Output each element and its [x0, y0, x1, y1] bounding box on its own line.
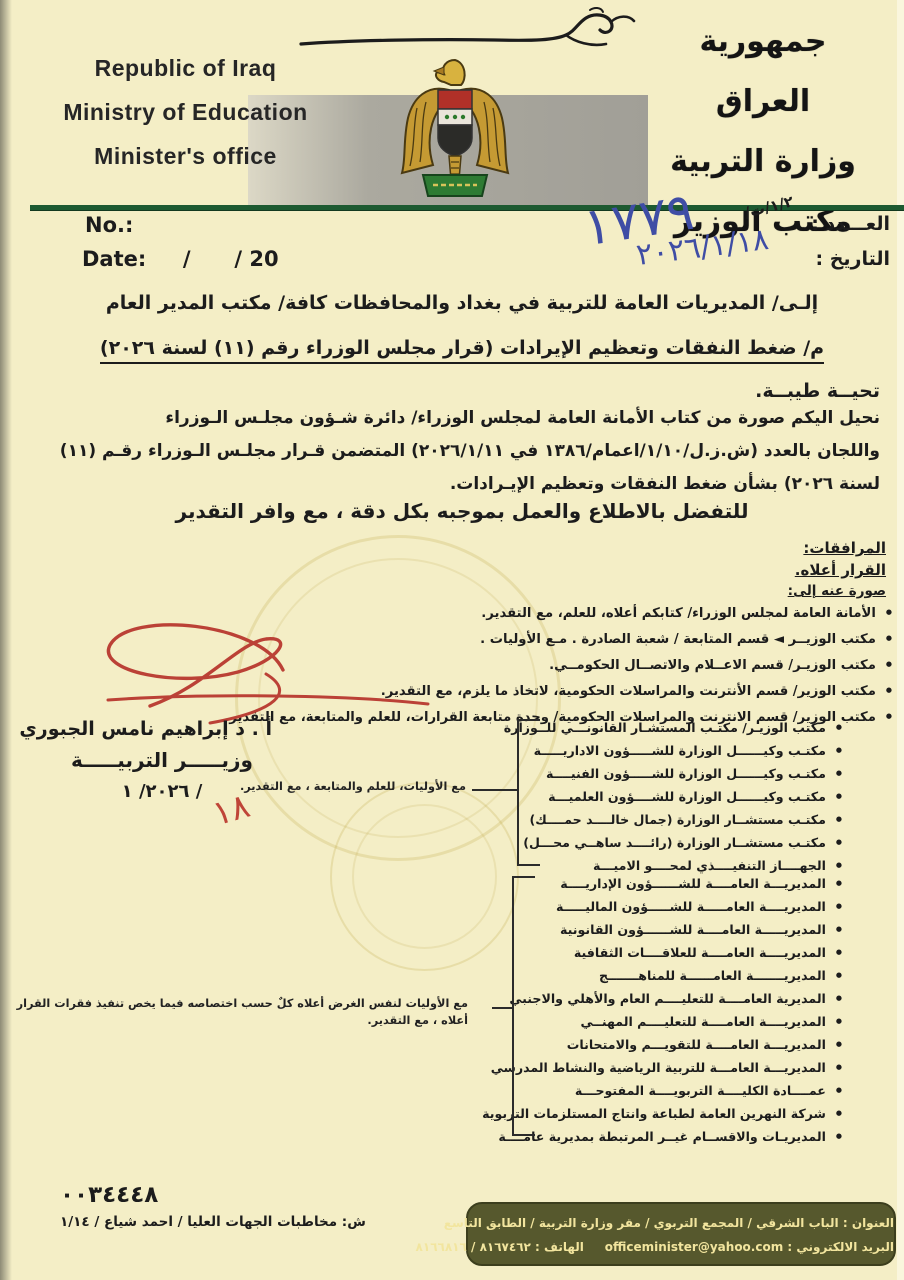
serial-number: ٠٠٣٤٤٤٨	[60, 1182, 158, 1208]
footer-contact-line: البريد الالكتروني : officeminister@yahoo…	[468, 1235, 894, 1259]
letterhead-english: Republic of IraqMinistry of EducationMin…	[38, 46, 333, 178]
clerk-note: ش: مخاطبات الجهات العليا / احمد شياع / ١…	[60, 1214, 366, 1230]
closing-line: للتفضل بالاطلاع والعمل بموجبه بكل دقة ، …	[60, 499, 864, 523]
letterhead-english-line: Republic of Iraq	[38, 46, 333, 90]
group2-note-line: أعلاه ، مع التقدير.	[17, 1012, 468, 1029]
body-paragraph-line: لسنة ٢٠٢٦) بشأن ضغط النفقات وتعظيم الإيـ…	[40, 468, 880, 501]
email-value: officeminister@yahoo.com	[605, 1240, 783, 1254]
group1-bracket	[517, 719, 540, 866]
attachments-item: القرار أعلاه.	[788, 559, 886, 581]
letterhead-english-line: Minister's office	[38, 134, 333, 178]
cc-item: مكتـب مستشــار الوزارة (رائــــد ساهــي …	[30, 831, 842, 854]
cc-item: مكتـب مستشــار الوزارة (جمال خالــــد حم…	[30, 808, 842, 831]
group2-bracket	[512, 876, 535, 1136]
phone-numbers: ٨١٦٧٤٦٢ / ٨١٦٦٨١٦	[416, 1240, 531, 1254]
letterhead-arabic-line: جمهورية العراق	[648, 12, 878, 132]
greeting-line: تحيــة طيبــة.	[755, 380, 880, 402]
email-label: البريد الالكتروني :	[787, 1240, 894, 1254]
scan-edge-shadow	[0, 0, 12, 1280]
cc-item: المديريـــــة العامــــة للشــــــؤون ال…	[30, 918, 842, 941]
body-paragraph-line: واللجان بالعدد (ش.ز.ل/١/١٠/اعمام/١٣٨٦ في…	[40, 435, 880, 468]
body-paragraph-line: نحيل اليكم صورة من كتاب الأمانة العامة ل…	[40, 402, 880, 435]
body-paragraph: نحيل اليكم صورة من كتاب الأمانة العامة ل…	[40, 402, 880, 501]
group2-note-line: مع الأوليات لنفس الغرض أعلاه كلٌ حسب اخت…	[17, 995, 468, 1012]
cc-item: المديريـــة العامـــة للتربية الرياضية و…	[30, 1056, 842, 1079]
cc-item: المديريـــــــة العامــــــة للمناهـــــ…	[30, 964, 842, 987]
subject-line: م/ ضغط النفقات وتعظيم الإيرادات (قرار مج…	[60, 337, 864, 359]
attachments-block: المرافقات: القرار أعلاه. صورة عنه إلى:	[788, 537, 886, 602]
addressee-line: إلـى/ المديريات العامة للتربية في بغداد …	[60, 292, 864, 314]
footer-address-box: العنوان : الباب الشرقي / المجمع التربوي …	[466, 1202, 896, 1266]
no-label: No.:	[85, 213, 133, 237]
bismillah-calligraphy-icon	[295, 6, 640, 58]
signer-name: أ . د إبراهيم نامس الجبوري	[52, 714, 272, 744]
cc-item: المديريـات والاقســام غيــر المرتبطة بمد…	[30, 1125, 842, 1148]
cc-item: المديريــــة العامــــة للعلاقــــات الث…	[30, 941, 842, 964]
footer-address-line: العنوان : الباب الشرقي / المجمع التربوي …	[468, 1211, 894, 1235]
number-label-ar: العـــدد :	[811, 213, 890, 235]
cc-heading: صورة عنه إلى:	[788, 581, 886, 602]
group2-note: مع الأوليات لنفس الغرض أعلاه كلٌ حسب اخت…	[17, 995, 468, 1029]
cc-item: شركة النهرين العامة لطباعة وانتاج المستل…	[30, 1102, 842, 1125]
official-letter-page: Republic of IraqMinistry of EducationMin…	[0, 0, 904, 1280]
attachments-heading: المرافقات:	[788, 537, 886, 559]
iraq-coat-of-arms-icon	[393, 54, 517, 204]
letterhead-english-line: Ministry of Education	[38, 90, 333, 134]
date-label-en: Date: / / 20	[82, 247, 279, 271]
cc-item: المديريــــة العامـــــة للشـــــؤون الم…	[30, 895, 842, 918]
date-label-ar: التاريخ :	[815, 248, 890, 270]
cc-item: عمــــادة الكليــــة التربويــــة المفتو…	[30, 1079, 842, 1102]
scan-edge-light	[897, 0, 904, 1280]
phone-label: الهاتف :	[535, 1240, 584, 1254]
group2-bracket-connector	[492, 1007, 512, 1009]
signer-title: وزيـــــر التربيـــــة	[52, 744, 272, 777]
cc-item: المديريـــة العامــــة للتقويـــم والامت…	[30, 1033, 842, 1056]
group1-bracket-connector	[472, 789, 517, 791]
cc-item: المديريـــة العامــــة للشــــــؤون الإد…	[30, 872, 842, 895]
group1-note: مع الأوليات، للعلم والمتابعة ، مع التقدي…	[240, 780, 466, 793]
